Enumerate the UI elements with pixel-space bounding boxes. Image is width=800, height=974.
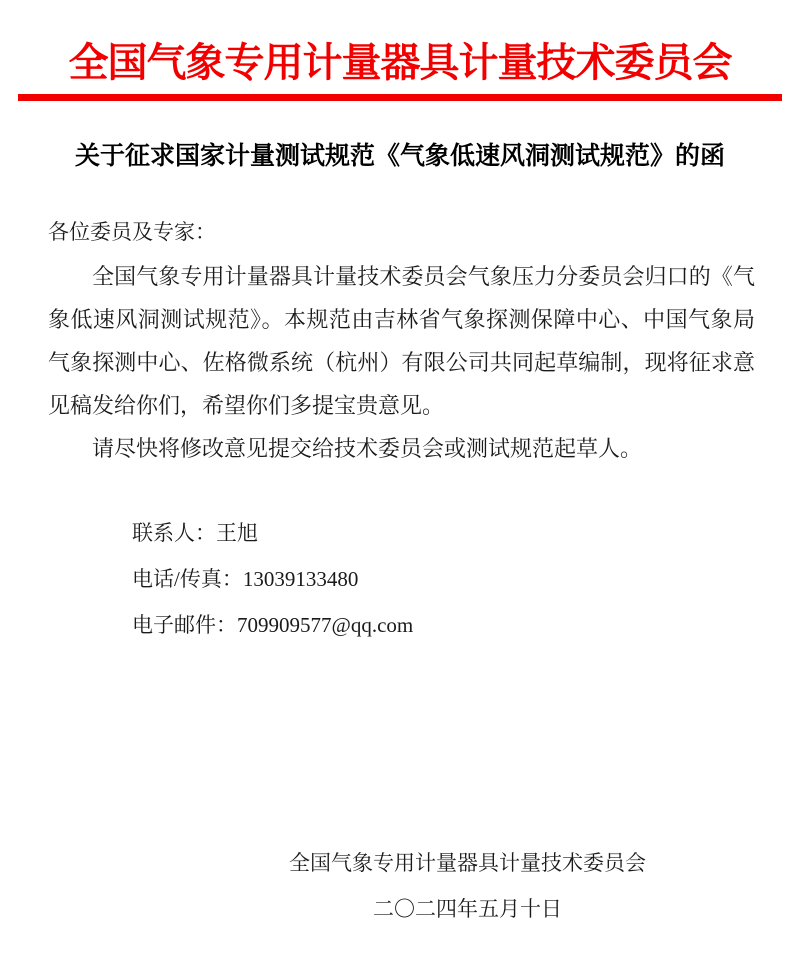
contact-email-label: 电子邮件： bbox=[132, 613, 237, 637]
contact-block: 联系人：王旭 电话/传真：13039133480 电子邮件：709909577@… bbox=[132, 510, 800, 648]
contact-line-person: 联系人：王旭 bbox=[132, 510, 800, 556]
contact-person-label: 联系人： bbox=[132, 521, 216, 545]
contact-phone-label: 电话/传真： bbox=[132, 567, 243, 591]
contact-line-phone: 电话/传真：13039133480 bbox=[132, 556, 800, 602]
body-paragraph-2: 请尽快将修改意见提交给技术委员会或测试规范起草人。 bbox=[48, 427, 755, 470]
contact-person-value: 王旭 bbox=[216, 521, 258, 545]
body-paragraph-1: 全国气象专用计量器具计量技术委员会气象压力分委员会归口的《气象低速风洞测试规范》… bbox=[48, 255, 755, 427]
contact-phone-value: 13039133480 bbox=[243, 567, 359, 591]
letterhead-double-rule bbox=[18, 94, 782, 101]
signature-org-name: 全国气象专用计量器具计量技术委员会 bbox=[135, 848, 800, 878]
signature-date: 二〇二四年五月十日 bbox=[135, 894, 800, 924]
contact-line-email: 电子邮件：709909577@qq.com bbox=[132, 602, 800, 648]
letter-title: 关于征求国家计量测试规范《气象低速风洞测试规范》的函 bbox=[0, 141, 800, 171]
letter-footer: 全国气象专用计量器具计量技术委员会 二〇二四年五月十日 bbox=[0, 848, 800, 924]
contact-email-value: 709909577@qq.com bbox=[237, 613, 413, 637]
salutation: 各位委员及专家： bbox=[48, 217, 755, 247]
letterhead-org-name: 全国气象专用计量器具计量技术委员会 bbox=[0, 40, 800, 86]
